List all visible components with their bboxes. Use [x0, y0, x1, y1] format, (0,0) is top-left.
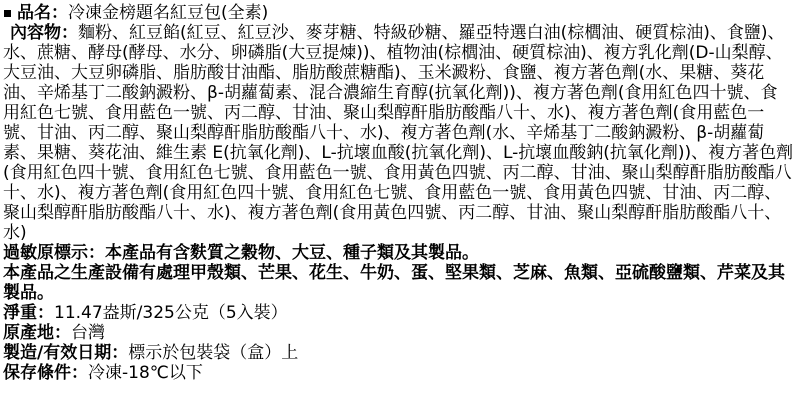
ingredients-label: 內容物：: [10, 23, 78, 43]
ingredients-value: 麵粉、紅豆餡(紅豆、紅豆沙、麥芽糖、特級砂糖、羅亞特選白油(棕櫚油、硬質棕油)、…: [3, 23, 793, 243]
allergen-label: 過敏原標示：: [3, 243, 105, 263]
ingredients-paragraph: 內容物：麵粉、紅豆餡(紅豆、紅豆沙、麥芽糖、特級砂糖、羅亞特選白油(棕櫚油、硬質…: [3, 23, 794, 243]
product-label-document: 品名：冷凍金榜題名紅豆包(全素) 內容物：麵粉、紅豆餡(紅豆、紅豆沙、麥芽糖、特…: [0, 0, 800, 383]
net-weight-value: 11.47盎斯/325公克（5入裝）: [54, 303, 288, 323]
storage-condition-row: 保存條件：冷凍-18℃以下: [3, 363, 794, 383]
net-weight-row: 淨重：11.47盎斯/325公克（5入裝）: [3, 303, 794, 323]
product-name-label: 品名：: [17, 3, 68, 23]
facility-warning: 本產品之生產設備有處理甲殼類、芒果、花生、牛奶、蛋、堅果類、芝麻、魚類、亞硫酸鹽…: [3, 263, 794, 303]
mfg-expiry-date-value: 標示於包裝袋（盒）上: [128, 343, 298, 363]
storage-condition-label: 保存條件：: [3, 363, 88, 383]
allergen-text: 本產品有含麩質之穀物、大豆、種子類及其製品。: [105, 243, 479, 263]
mfg-expiry-date-label: 製造/有效日期：: [3, 343, 128, 363]
net-weight-label: 淨重：: [3, 303, 54, 323]
origin-label: 原產地：: [3, 323, 71, 343]
mfg-expiry-date-row: 製造/有效日期：標示於包裝袋（盒）上: [3, 343, 794, 363]
product-name-value: 冷凍金榜題名紅豆包(全素): [68, 3, 268, 23]
product-name-row: 品名：冷凍金榜題名紅豆包(全素): [3, 3, 794, 23]
origin-row: 原產地：台灣: [3, 323, 794, 343]
storage-condition-value: 冷凍-18℃以下: [88, 363, 203, 383]
allergen-statement: 過敏原標示：本產品有含麩質之穀物、大豆、種子類及其製品。: [3, 243, 794, 263]
origin-value: 台灣: [71, 323, 105, 343]
bullet-icon: [4, 10, 11, 17]
